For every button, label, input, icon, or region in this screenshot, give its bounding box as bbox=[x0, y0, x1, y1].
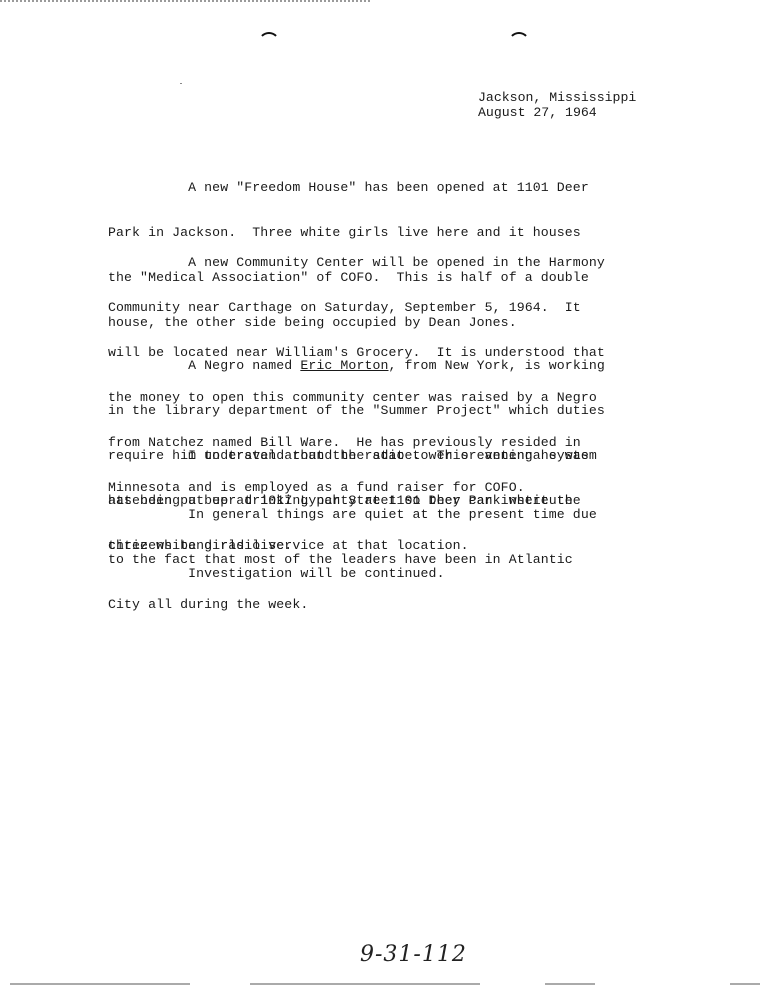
scan-edge-line bbox=[730, 983, 760, 985]
underlined-name: Eric Morton bbox=[300, 358, 388, 373]
handwritten-file-number: 9-31-112 bbox=[360, 942, 467, 967]
scan-edge-dots bbox=[0, 0, 370, 4]
scan-edge-line bbox=[10, 983, 190, 985]
dateline: Jackson, MississippiAugust 27, 1964 bbox=[478, 90, 636, 120]
text-line: Investigation will be continued. bbox=[108, 566, 445, 581]
scan-edge-line bbox=[250, 983, 480, 985]
text-line: Community near Carthage on Saturday, Sep… bbox=[108, 300, 605, 315]
text-line: A Negro named Eric Morton, from New York… bbox=[108, 358, 605, 373]
text-line: City all during the week. bbox=[108, 597, 597, 612]
date: August 27, 1964 bbox=[478, 105, 636, 120]
location: Jackson, Mississippi bbox=[478, 90, 636, 105]
punch-hole-mark-left bbox=[258, 30, 280, 44]
text-line: A new "Freedom House" has been opened at… bbox=[108, 180, 589, 195]
text-line: in the library department of the "Summer… bbox=[108, 403, 605, 418]
paragraph-closing: Investigation will be continued. bbox=[108, 536, 445, 596]
punch-hole-mark-right bbox=[508, 30, 530, 44]
scan-edge-line bbox=[545, 983, 595, 985]
text-line: In general things are quiet at the prese… bbox=[108, 507, 597, 522]
text-line: I understand that the radio tower or ant… bbox=[108, 448, 597, 463]
text-segment: A Negro named bbox=[108, 358, 300, 373]
scan-speck bbox=[180, 83, 182, 84]
text-line: A new Community Center will be opened in… bbox=[108, 255, 605, 270]
text-segment: , from New York, is working bbox=[389, 358, 605, 373]
